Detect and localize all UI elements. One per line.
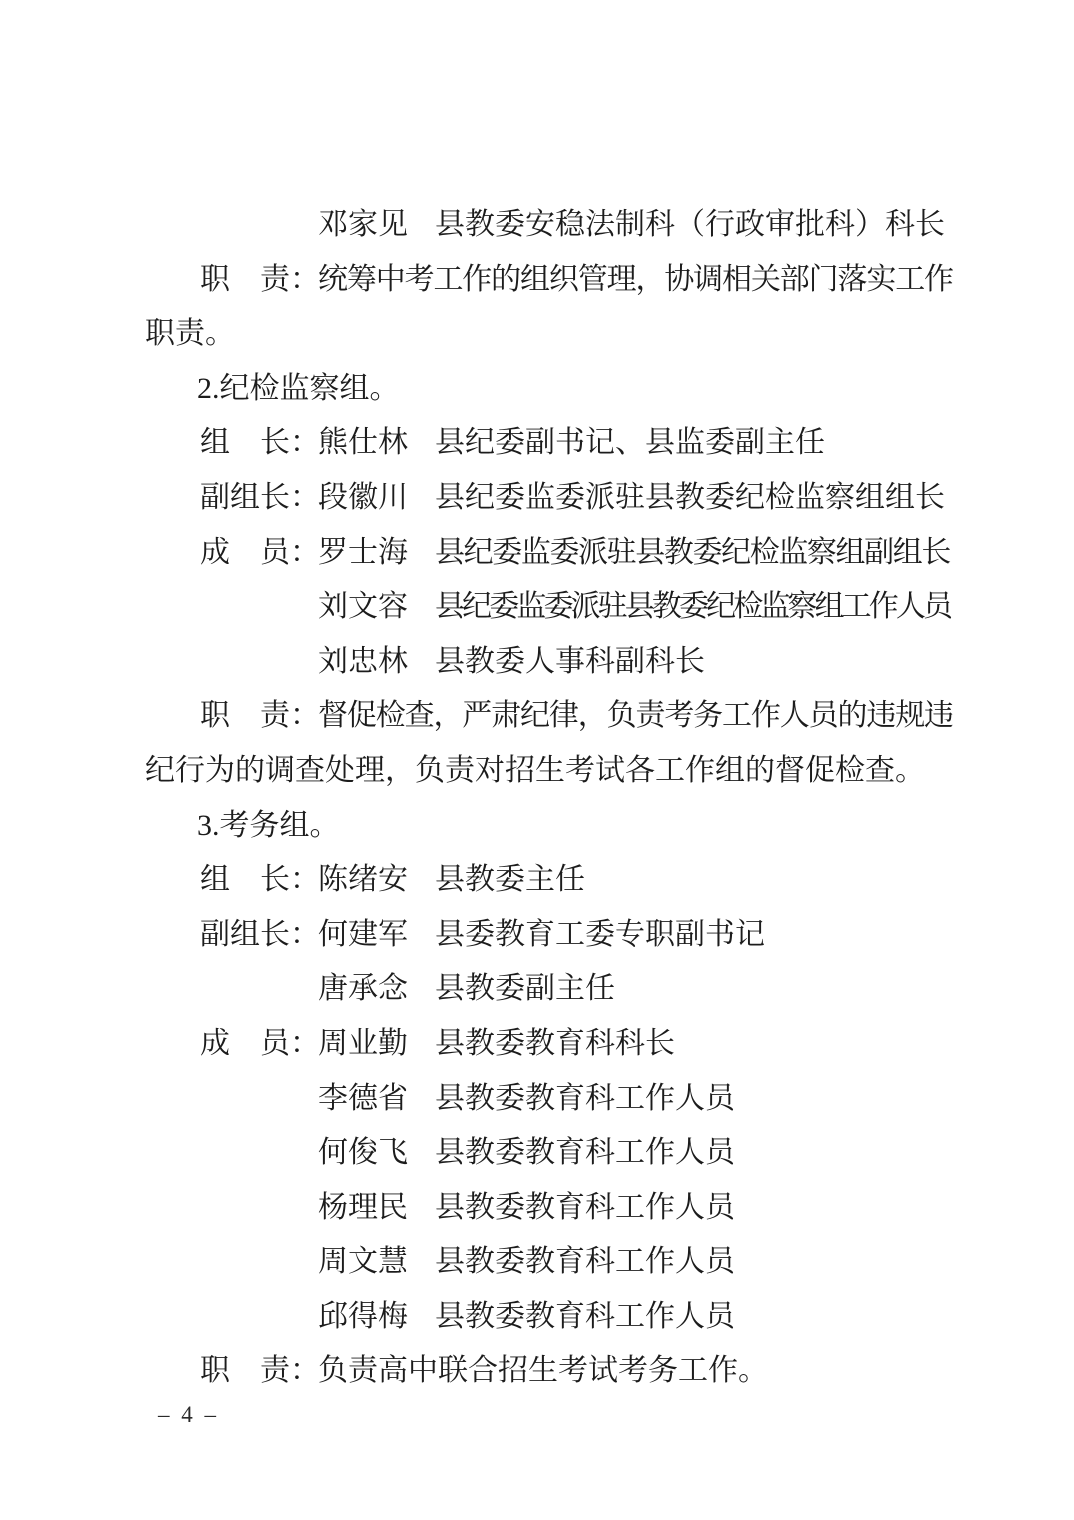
doc-line-labelpara: 职 责：督促检查，严肃纪律，负责考务工作人员的违规违 bbox=[145, 689, 963, 744]
doc-line-labelpara: 职 责：负责高中联合招生考试考务工作。 bbox=[145, 1344, 963, 1399]
member-title: 县教委教育科工作人员 bbox=[435, 1235, 735, 1290]
doc-line-member: 邱得梅县教委教育科工作人员 bbox=[145, 1290, 963, 1345]
doc-line-member: 刘忠林县教委人事科副科长 bbox=[145, 635, 963, 690]
document-body: 邓家见县教委安稳法制科（行政审批科）科长职 责：统筹中考工作的组织管理，协调相关… bbox=[145, 198, 963, 1399]
member-name: 熊仕林 bbox=[318, 416, 435, 471]
member-name: 周文慧 bbox=[318, 1235, 435, 1290]
doc-line-member: 邓家见县教委安稳法制科（行政审批科）科长 bbox=[145, 198, 963, 253]
member-name: 段徽川 bbox=[318, 471, 435, 526]
doc-line-member: 成 员：周业勤县教委教育科科长 bbox=[145, 1017, 963, 1072]
member-title: 县教委教育科工作人员 bbox=[435, 1181, 735, 1236]
member-title: 县纪委监委派驻县教委纪检监察组副组长 bbox=[435, 526, 950, 581]
duty-text: 统筹中考工作的组织管理，协调相关部门落实工作 bbox=[318, 253, 953, 308]
member-title: 县教委教育科科长 bbox=[435, 1017, 675, 1072]
footer-page-number: – 4 – bbox=[158, 1402, 219, 1428]
doc-line-member: 杨理民县教委教育科工作人员 bbox=[145, 1181, 963, 1236]
doc-line-labelpara: 职 责：统筹中考工作的组织管理，协调相关部门落实工作 bbox=[145, 253, 963, 308]
doc-line-member: 唐承念县教委副主任 bbox=[145, 962, 963, 1017]
section-heading: 3.考务组。 bbox=[197, 799, 963, 854]
role-label: 组 长： bbox=[200, 416, 318, 471]
doc-line-member: 副组长：段徽川县纪委监委派驻县教委纪检监察组组长 bbox=[145, 471, 963, 526]
member-name: 刘文容 bbox=[318, 580, 435, 635]
member-title: 县纪委监委派驻县教委纪检监察组工作人员 bbox=[435, 580, 950, 635]
role-label: 组 长： bbox=[200, 853, 318, 908]
member-name: 李德省 bbox=[318, 1072, 435, 1127]
member-name: 周业勤 bbox=[318, 1017, 435, 1072]
member-name: 罗士海 bbox=[318, 526, 435, 581]
member-title: 县委教育工委专职副书记 bbox=[435, 908, 765, 963]
role-label: 职 责： bbox=[200, 1344, 318, 1399]
role-label: 成 员： bbox=[200, 1017, 318, 1072]
member-name: 杨理民 bbox=[318, 1181, 435, 1236]
member-title: 县教委副主任 bbox=[435, 962, 615, 1017]
duty-text: 负责高中联合招生考试考务工作。 bbox=[318, 1344, 768, 1399]
role-label: 职 责： bbox=[200, 253, 318, 308]
doc-line-member: 成 员：罗士海县纪委监委派驻县教委纪检监察组副组长 bbox=[145, 526, 963, 581]
document-page: 邓家见县教委安稳法制科（行政审批科）科长职 责：统筹中考工作的组织管理，协调相关… bbox=[0, 0, 1074, 1520]
role-label: 职 责： bbox=[200, 689, 318, 744]
duty-text: 督促检查，严肃纪律，负责考务工作人员的违规违 bbox=[318, 689, 953, 744]
member-title: 县纪委副书记、县监委副主任 bbox=[435, 416, 825, 471]
member-name: 何建军 bbox=[318, 908, 435, 963]
doc-line-member: 李德省县教委教育科工作人员 bbox=[145, 1072, 963, 1127]
paragraph-continuation: 职责。 bbox=[145, 307, 963, 362]
member-name: 邱得梅 bbox=[318, 1290, 435, 1345]
member-title: 县纪委监委派驻县教委纪检监察组组长 bbox=[435, 471, 945, 526]
member-title: 县教委人事科副科长 bbox=[435, 635, 705, 690]
member-title: 县教委安稳法制科（行政审批科）科长 bbox=[435, 198, 945, 253]
member-name: 何俊飞 bbox=[318, 1126, 435, 1181]
role-label: 副组长： bbox=[200, 908, 318, 963]
member-title: 县教委主任 bbox=[435, 853, 585, 908]
member-name: 刘忠林 bbox=[318, 635, 435, 690]
doc-line-member: 周文慧县教委教育科工作人员 bbox=[145, 1235, 963, 1290]
doc-line-member: 刘文容县纪委监委派驻县教委纪检监察组工作人员 bbox=[145, 580, 963, 635]
role-label: 副组长： bbox=[200, 471, 318, 526]
doc-line-member: 副组长：何建军县委教育工委专职副书记 bbox=[145, 908, 963, 963]
paragraph-continuation: 纪行为的调查处理，负责对招生考试各工作组的督促检查。 bbox=[145, 744, 963, 799]
doc-line-member: 组 长：陈绪安县教委主任 bbox=[145, 853, 963, 908]
doc-line-member: 何俊飞县教委教育科工作人员 bbox=[145, 1126, 963, 1181]
role-label: 成 员： bbox=[200, 526, 318, 581]
member-title: 县教委教育科工作人员 bbox=[435, 1290, 735, 1345]
member-title: 县教委教育科工作人员 bbox=[435, 1072, 735, 1127]
member-name: 邓家见 bbox=[318, 198, 435, 253]
doc-line-member: 组 长：熊仕林县纪委副书记、县监委副主任 bbox=[145, 416, 963, 471]
member-name: 唐承念 bbox=[318, 962, 435, 1017]
member-name: 陈绪安 bbox=[318, 853, 435, 908]
member-title: 县教委教育科工作人员 bbox=[435, 1126, 735, 1181]
section-heading: 2.纪检监察组。 bbox=[197, 362, 963, 417]
